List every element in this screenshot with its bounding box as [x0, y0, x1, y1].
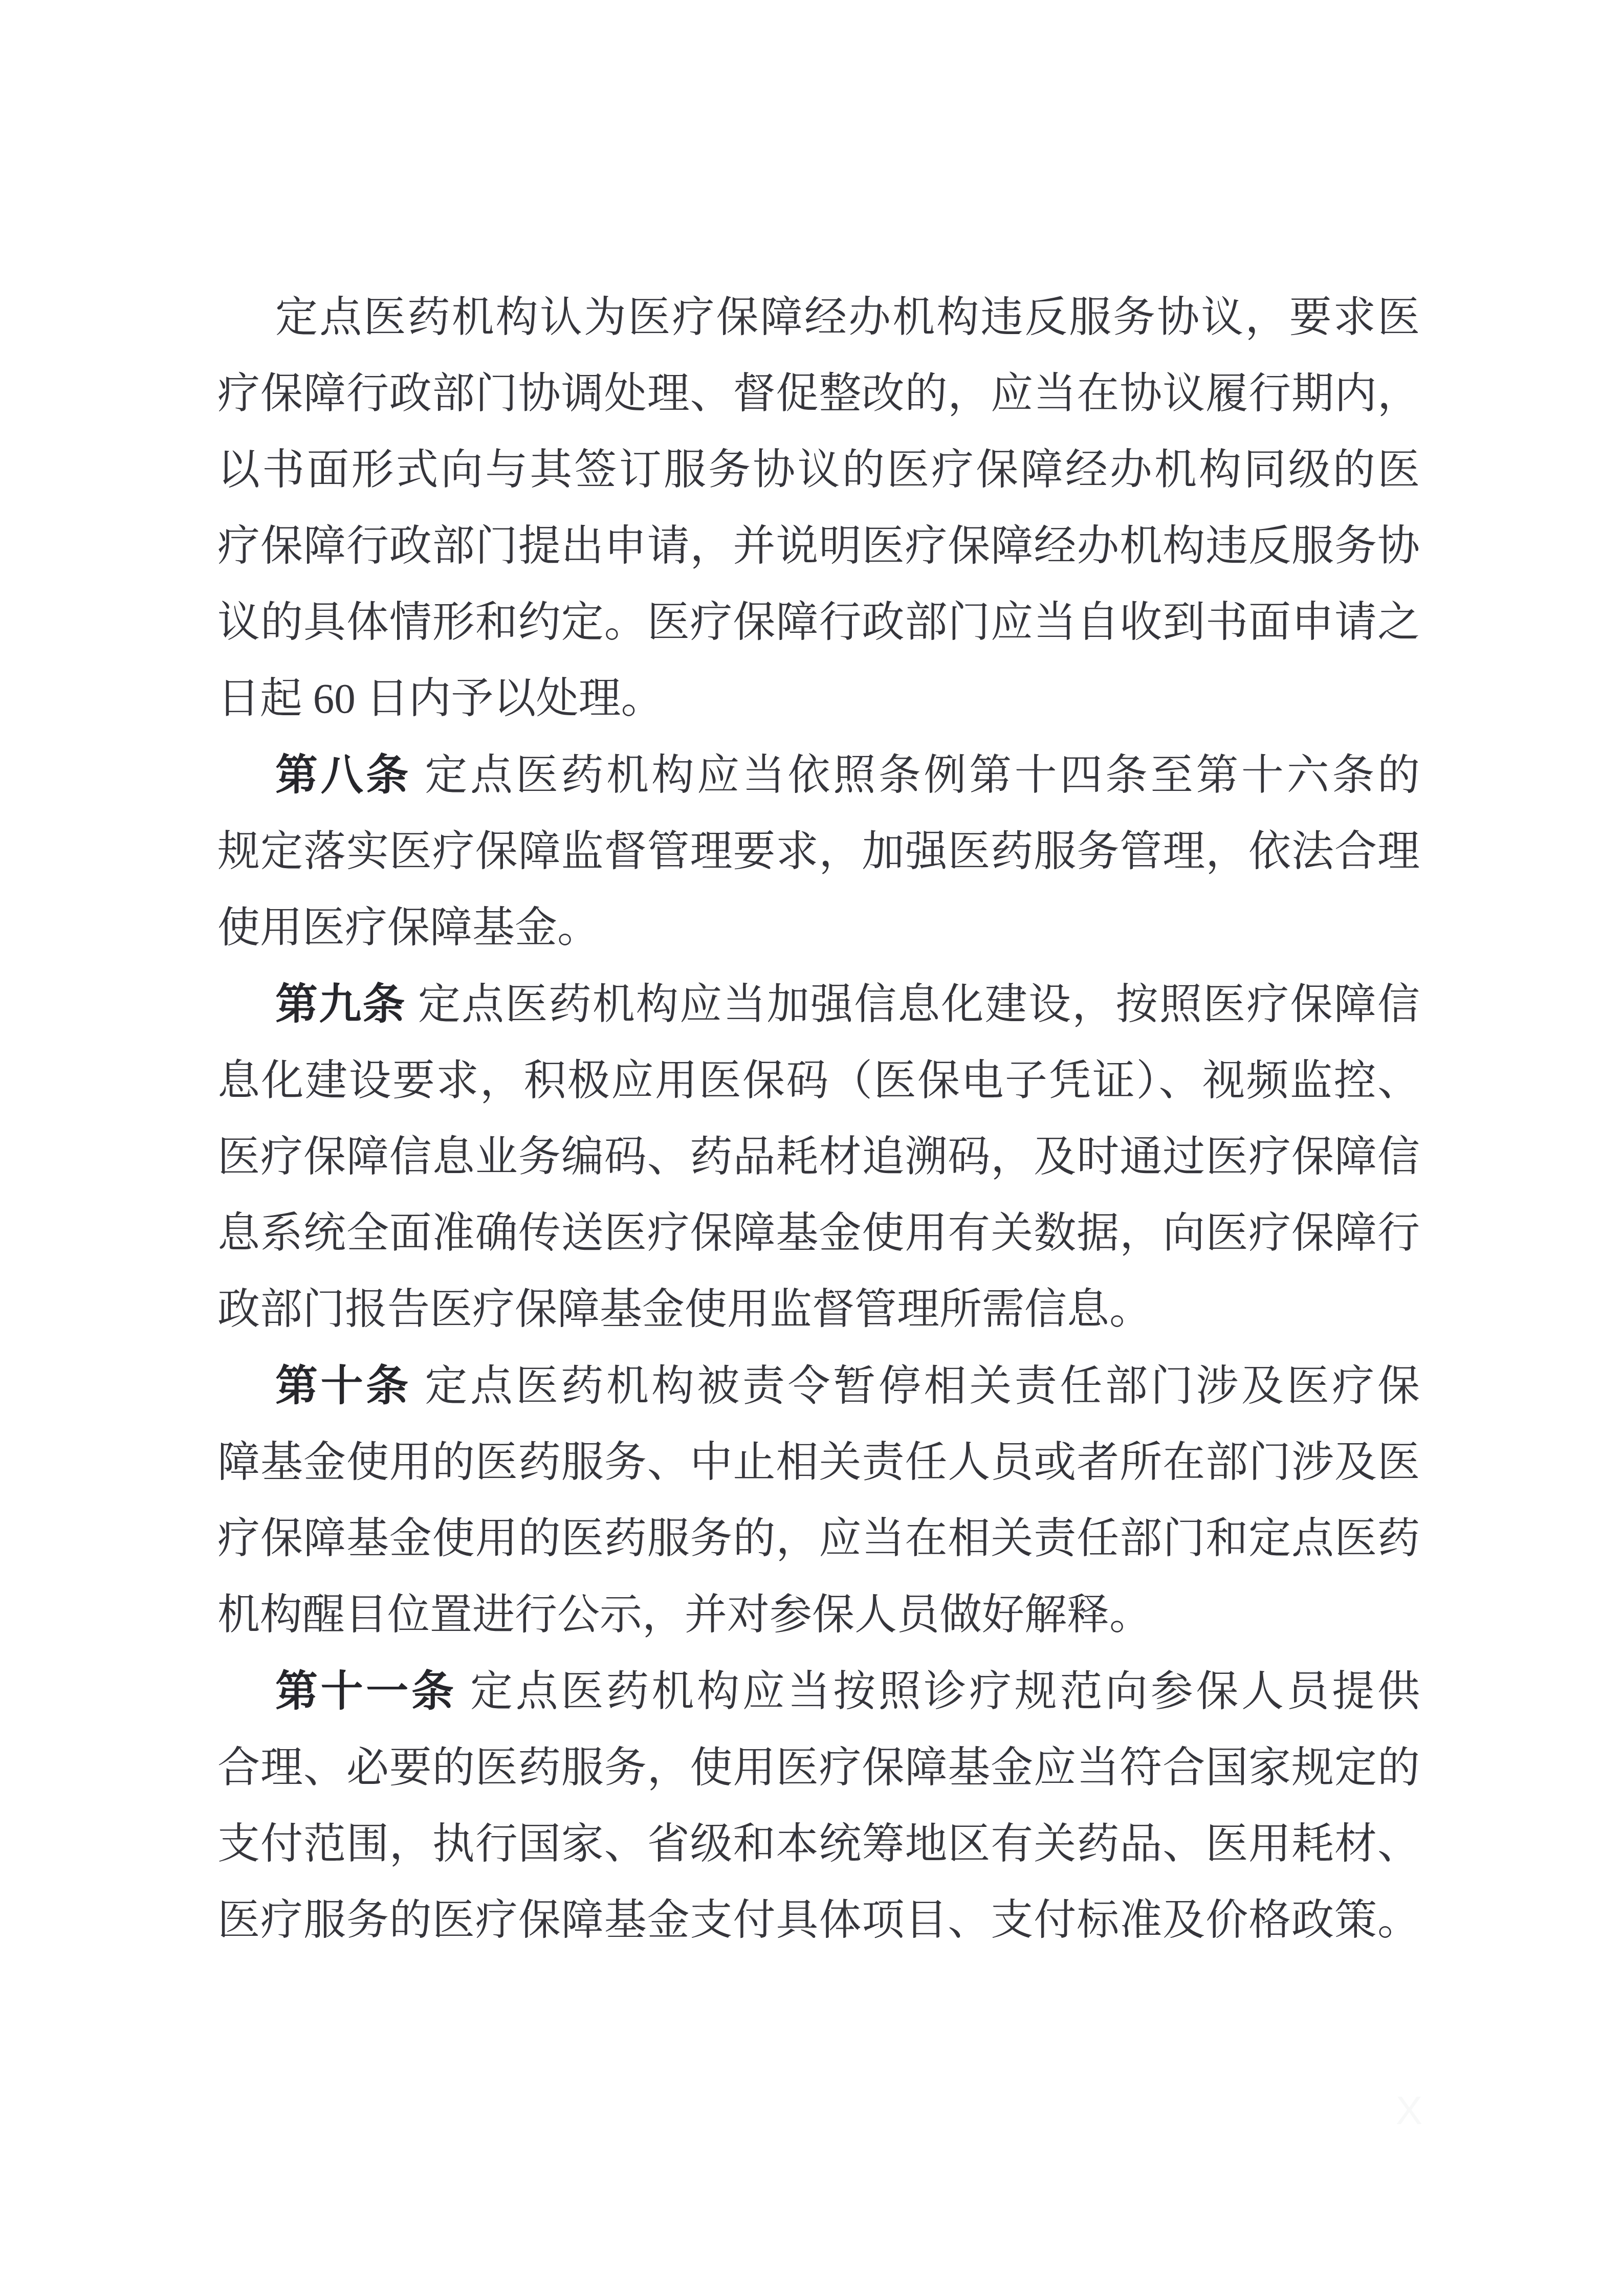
- text-line: 疗保障行政部门提出申请，并说明医疗保障经办机构违反服务协: [217, 508, 1420, 584]
- text-line: 机构醒目位置进行公示，并对参保人员做好解释。: [217, 1577, 1420, 1653]
- article-number: 第九条: [275, 980, 406, 1028]
- text-line: 日起 60 日内予以处理。: [217, 660, 1420, 737]
- line-text: 障基金使用的医药服务、中止相关责任人员或者所在部门涉及医: [217, 1439, 1420, 1486]
- document-page: 定点医药机构认为医疗保障经办机构违反服务协议，要求医疗保障行政部门协调处理、督促…: [0, 0, 1623, 2296]
- text-line: 政部门报告医疗保障基金使用监督管理所需信息。: [217, 1271, 1420, 1348]
- line-text: 息化建设要求，积极应用医保码（医保电子凭证）、视频监控、: [217, 1057, 1420, 1104]
- text-line: 第九条 定点医药机构应当加强信息化建设，按照医疗保障信: [217, 966, 1420, 1043]
- line-text: 定点医药机构应当加强信息化建设，按照医疗保障信: [406, 981, 1420, 1028]
- watermark-x: X: [1396, 2090, 1422, 2130]
- line-text: 定点医药机构应当依照条例第十四条至第十六条的: [411, 752, 1420, 799]
- line-text: 日起 60 日内予以处理。: [217, 675, 664, 722]
- line-text: 规定落实医疗保障监督管理要求，加强医药服务管理，依法合理: [217, 828, 1420, 875]
- text-line: 第十一条 定点医药机构应当按照诊疗规范向参保人员提供: [217, 1653, 1420, 1730]
- article-number: 第十条: [275, 1362, 411, 1409]
- line-text: 疗保障行政部门协调处理、督促整改的，应当在协议履行期内，: [217, 370, 1420, 417]
- line-text: 议的具体情形和约定。医疗保障行政部门应当自收到书面申请之: [217, 599, 1420, 646]
- line-text: 定点医药机构被责令暂停相关责任部门涉及医疗保: [411, 1362, 1420, 1409]
- line-text: 疗保障行政部门提出申请，并说明医疗保障经办机构违反服务协: [217, 522, 1420, 569]
- line-text: 医疗保障信息业务编码、药品耗材追溯码，及时通过医疗保障信: [217, 1133, 1420, 1180]
- text-block: 定点医药机构认为医疗保障经办机构违反服务协议，要求医疗保障行政部门协调处理、督促…: [217, 279, 1420, 1958]
- text-line: 议的具体情形和约定。医疗保障行政部门应当自收到书面申请之: [217, 584, 1420, 660]
- article-number: 第八条: [275, 751, 411, 799]
- text-line: 合理、必要的医药服务，使用医疗保障基金应当符合国家规定的: [217, 1730, 1420, 1806]
- article-number: 第十一条: [275, 1667, 457, 1715]
- line-text: 使用医疗保障基金。: [217, 904, 600, 951]
- line-text: 政部门报告医疗保障基金使用监督管理所需信息。: [217, 1286, 1152, 1333]
- line-text: 息系统全面准确传送医疗保障基金使用有关数据，向医疗保障行: [217, 1209, 1420, 1256]
- line-text: 定点医药机构应当按照诊疗规范向参保人员提供: [457, 1668, 1420, 1715]
- line-text: 医疗服务的医疗保障基金支付具体项目、支付标准及价格政策。: [217, 1896, 1420, 1944]
- line-text: 支付范围，执行国家、省级和本统筹地区有关药品、医用耗材、: [217, 1820, 1420, 1867]
- text-line: 规定落实医疗保障监督管理要求，加强医药服务管理，依法合理: [217, 813, 1420, 890]
- text-line: 疗保障行政部门协调处理、督促整改的，应当在协议履行期内，: [217, 356, 1420, 432]
- text-line: 第八条 定点医药机构应当依照条例第十四条至第十六条的: [217, 737, 1420, 813]
- line-text: 机构醒目位置进行公示，并对参保人员做好解释。: [217, 1591, 1152, 1638]
- line-text: 定点医药机构认为医疗保障经办机构违反服务协议，要求医: [275, 294, 1420, 341]
- line-text: 合理、必要的医药服务，使用医疗保障基金应当符合国家规定的: [217, 1744, 1420, 1791]
- text-line: 障基金使用的医药服务、中止相关责任人员或者所在部门涉及医: [217, 1424, 1420, 1500]
- text-line: 定点医药机构认为医疗保障经办机构违反服务协议，要求医: [217, 279, 1420, 356]
- line-text: 以书面形式向与其签订服务协议的医疗保障经办机构同级的医: [217, 446, 1420, 493]
- text-line: 以书面形式向与其签订服务协议的医疗保障经办机构同级的医: [217, 432, 1420, 508]
- text-line: 医疗保障信息业务编码、药品耗材追溯码，及时通过医疗保障信: [217, 1119, 1420, 1195]
- text-line: 使用医疗保障基金。: [217, 890, 1420, 966]
- text-line: 支付范围，执行国家、省级和本统筹地区有关药品、医用耗材、: [217, 1806, 1420, 1882]
- text-line: 息化建设要求，积极应用医保码（医保电子凭证）、视频监控、: [217, 1043, 1420, 1119]
- text-line: 医疗服务的医疗保障基金支付具体项目、支付标准及价格政策。: [217, 1882, 1420, 1958]
- text-line: 第十条 定点医药机构被责令暂停相关责任部门涉及医疗保: [217, 1348, 1420, 1424]
- text-line: 息系统全面准确传送医疗保障基金使用有关数据，向医疗保障行: [217, 1195, 1420, 1271]
- line-text: 疗保障基金使用的医药服务的，应当在相关责任部门和定点医药: [217, 1515, 1420, 1562]
- text-line: 疗保障基金使用的医药服务的，应当在相关责任部门和定点医药: [217, 1500, 1420, 1577]
